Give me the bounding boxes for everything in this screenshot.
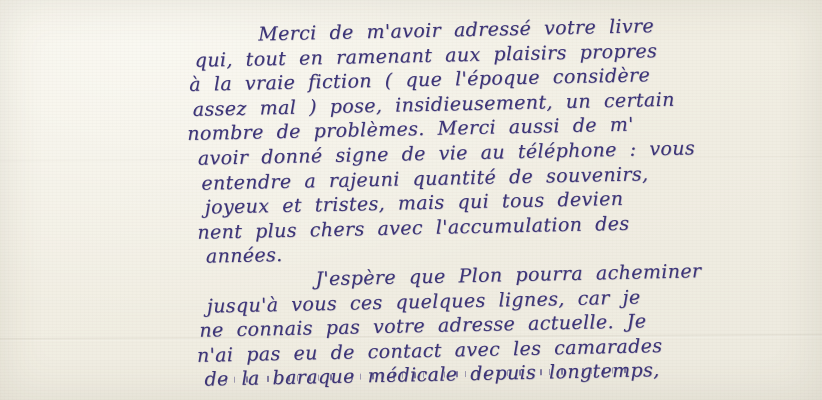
letter-scan-page: Merci de m'avoir adressé votre livre qui… bbox=[0, 0, 822, 400]
handwritten-text-block: Merci de m'avoir adressé votre livre qui… bbox=[185, 10, 822, 393]
